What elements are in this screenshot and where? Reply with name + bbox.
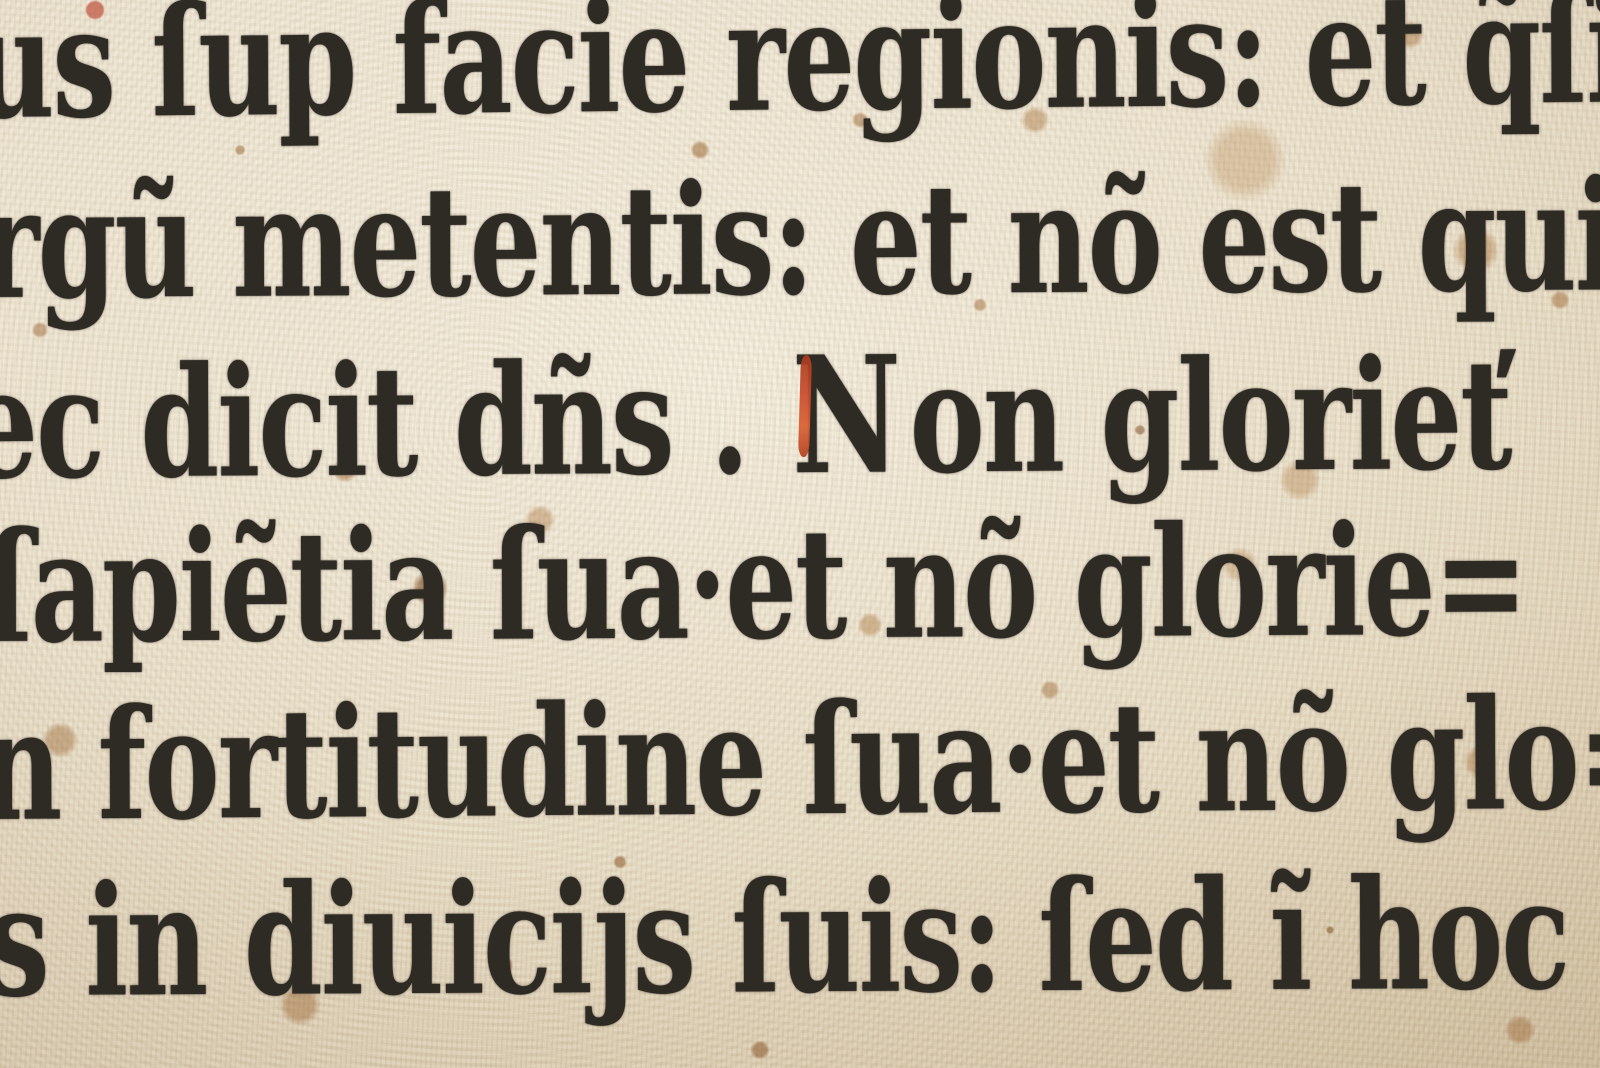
text-line-5: n fortitudine ſua·et nõ glo= (0, 678, 1600, 842)
manuscript-page-photo: us ſup facie regionis: et q̃ſi rgũ meten… (0, 0, 1600, 1068)
text-line-3: ec dicit dñs .Non glorieť (0, 331, 1511, 501)
rubricated-initial: N (792, 334, 900, 496)
text-line-4: ſapiẽtia ſua·et nõ glorie= (0, 505, 1526, 664)
text-line-2: rgũ metentis: et nõ est qui (0, 160, 1600, 320)
text-line-1: us ſup facie regionis: et q̃ſi (0, 0, 1600, 140)
text-line-6: s in diuicĳs ſuis: ſed ĩ hoc (0, 859, 1568, 1018)
line-3-before-initial: ec dicit dñs . (0, 329, 748, 513)
line-3-after-initial: on glorieť (909, 325, 1511, 508)
